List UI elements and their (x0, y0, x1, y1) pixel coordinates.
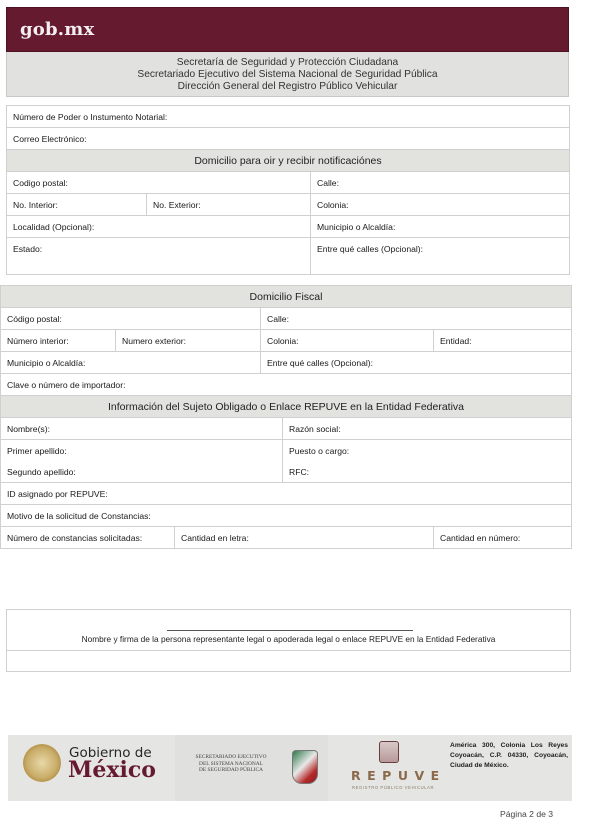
notif-no-interior-field[interactable]: No. Interior: (7, 194, 147, 216)
primer-apellido-field[interactable]: Primer apellido: (1, 440, 283, 462)
agency-line-2: Secretariado Ejecutivo del Sistema Nacio… (7, 69, 568, 81)
correo-electronico-field[interactable]: Correo Electrónico: (7, 128, 570, 150)
notif-colonia-field[interactable]: Colonia: (311, 194, 570, 216)
fiscal-numero-exterior-field[interactable]: Numero exterior: (116, 330, 261, 352)
section-title-sujeto: Información del Sujeto Obligado o Enlace… (1, 396, 572, 418)
address-text: América 300, Colonia Los Reyes Coyoacán,… (450, 741, 568, 771)
notif-estado-field[interactable]: Estado: (7, 238, 311, 275)
mexico-seal-icon (23, 744, 61, 782)
notif-calle-field[interactable]: Calle: (311, 172, 570, 194)
id-repuve-field[interactable]: ID asignado por REPUVE: (1, 483, 572, 505)
sesnsp-line-3: DE SEGURIDAD PÚBLICA (186, 767, 276, 774)
agency-line-3: Dirección General del Registro Público V… (7, 81, 568, 93)
notif-entre-calles-field[interactable]: Entre qué calles (Opcional): (311, 238, 570, 275)
repuve-logo-text: REPUVE (351, 768, 446, 783)
section-title-notificaciones: Domicilio para oir y recibir notificació… (7, 150, 570, 172)
puesto-cargo-field[interactable]: Puesto o cargo: (283, 440, 572, 462)
razon-social-field[interactable]: Razón social: (283, 418, 572, 440)
mexico-text: México (68, 757, 156, 783)
gob-mx-logo: gob.mx (20, 19, 94, 40)
fiscal-municipio-field[interactable]: Municipio o Alcaldía: (1, 352, 261, 374)
repuve-emblem-icon (379, 741, 399, 763)
nombres-field[interactable]: Nombre(s): (1, 418, 283, 440)
clave-importador-field[interactable]: Clave o número de importador: (1, 374, 572, 396)
poder-notarial-field[interactable]: Número de Poder o Instumento Notarial: (7, 106, 570, 128)
signature-divider (7, 650, 570, 651)
section-title-fiscal: Domicilio Fiscal (1, 286, 572, 308)
rfc-field[interactable]: RFC: (283, 461, 572, 483)
notificaciones-table: Número de Poder o Instumento Notarial: C… (6, 105, 570, 275)
page-number: Página 2 de 3 (500, 809, 553, 819)
numero-constancias-field[interactable]: Número de constancias solicitadas: (1, 527, 175, 549)
fiscal-sujeto-table: Domicilio Fiscal Código postal: Calle: N… (0, 285, 572, 549)
fiscal-codigo-postal-field[interactable]: Código postal: (1, 308, 261, 330)
cantidad-numero-field[interactable]: Cantidad en número: (434, 527, 572, 549)
signature-line[interactable] (167, 630, 413, 631)
notif-localidad-field[interactable]: Localidad (Opcional): (7, 216, 311, 238)
motivo-solicitud-field[interactable]: Motivo de la solicitud de Constancias: (1, 505, 572, 527)
cantidad-letra-field[interactable]: Cantidad en letra: (175, 527, 434, 549)
fiscal-entre-calles-field[interactable]: Entre qué calles (Opcional): (261, 352, 572, 374)
segundo-apellido-field[interactable]: Segundo apellido: (1, 461, 283, 483)
gob-mx-banner: gob.mx (6, 7, 569, 52)
signature-box: Nombre y firma de la persona representan… (6, 609, 571, 672)
notif-codigo-postal-field[interactable]: Codigo postal: (7, 172, 311, 194)
sesnsp-line-1: SECRETARIADO EJECUTIVO (186, 754, 276, 761)
fiscal-entidad-field[interactable]: Entidad: (434, 330, 572, 352)
repuve-subtitle: REGISTRO PÚBLICO VEHICULAR (352, 785, 434, 790)
fiscal-colonia-field[interactable]: Colonia: (261, 330, 434, 352)
sesnsp-shield-icon (292, 750, 318, 784)
sesnsp-text: SECRETARIADO EJECUTIVO DEL SISTEMA NACIO… (186, 754, 276, 774)
fiscal-numero-interior-field[interactable]: Número interior: (1, 330, 116, 352)
notif-no-exterior-field[interactable]: No. Exterior: (147, 194, 311, 216)
footer-banner: Gobierno de México SECRETARIADO EJECUTIV… (8, 735, 572, 801)
notif-municipio-field[interactable]: Municipio o Alcaldía: (311, 216, 570, 238)
signature-label: Nombre y firma de la persona representan… (7, 634, 570, 644)
agency-header: Secretaría de Seguridad y Protección Ciu… (6, 52, 569, 97)
agency-line-1: Secretaría de Seguridad y Protección Ciu… (7, 57, 568, 69)
fiscal-calle-field[interactable]: Calle: (261, 308, 572, 330)
